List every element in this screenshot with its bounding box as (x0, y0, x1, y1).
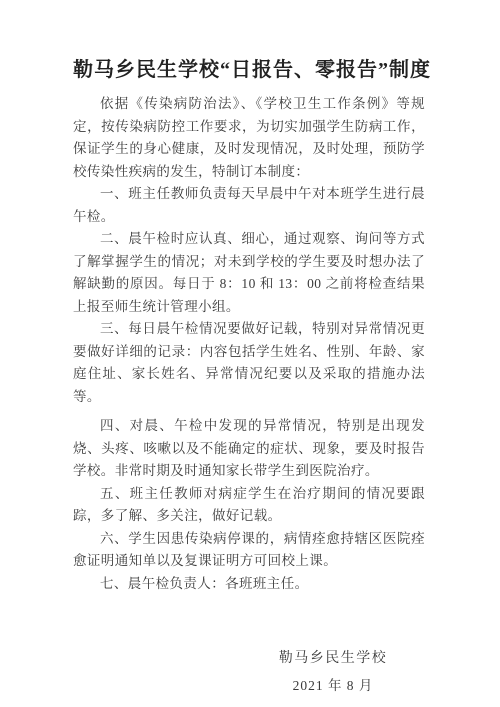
paragraph-item-7: 七、晨午检负责人：各班班主任。 (73, 573, 425, 596)
signature-date: 2021 年 8 月 (233, 672, 433, 699)
paragraph-intro: 依据《传染病防治法》、《学校卫生工作条例》等规定，按传染病防控工作要求，为切实加… (73, 93, 425, 183)
paragraph-item-5: 五、班主任教师对病症学生在治疗期间的情况要跟踪，多了解、多关注，做好记载。 (73, 483, 425, 528)
paragraph-item-1: 一、班主任教师负责每天早晨中午对本班学生进行晨午检。 (73, 183, 425, 228)
signature-block: 勒马乡民生学校 2021 年 8 月 (233, 645, 433, 699)
paragraph-item-4: 四、对晨、午检中发现的异常情况，特别是出现发烧、头疼、咳嗽以及不能确定的症状、现… (73, 415, 425, 483)
paragraph-item-3: 三、每日晨午检情况要做好记载，特别对异常情况更要做好详细的记录：内容包括学生姓名… (73, 318, 425, 408)
paragraph-item-6: 六、学生因患传染病停课的，病情痊愈持辖区医院痊愈证明通知单以及复课证明方可回校上… (73, 528, 425, 573)
document-title: 勒马乡民生学校“日报告、零报告”制度 (73, 53, 425, 82)
document-body: 依据《传染病防治法》、《学校卫生工作条例》等规定，按传染病防控工作要求，为切实加… (73, 93, 425, 595)
paragraph-item-2: 二、晨午检时应认真、细心，通过观察、询问等方式了解掌握学生的情况；对未到学校的学… (73, 228, 425, 318)
document-page: 勒马乡民生学校“日报告、零报告”制度 依据《传染病防治法》、《学校卫生工作条例》… (0, 0, 500, 707)
signature-school-name: 勒马乡民生学校 (233, 645, 433, 672)
